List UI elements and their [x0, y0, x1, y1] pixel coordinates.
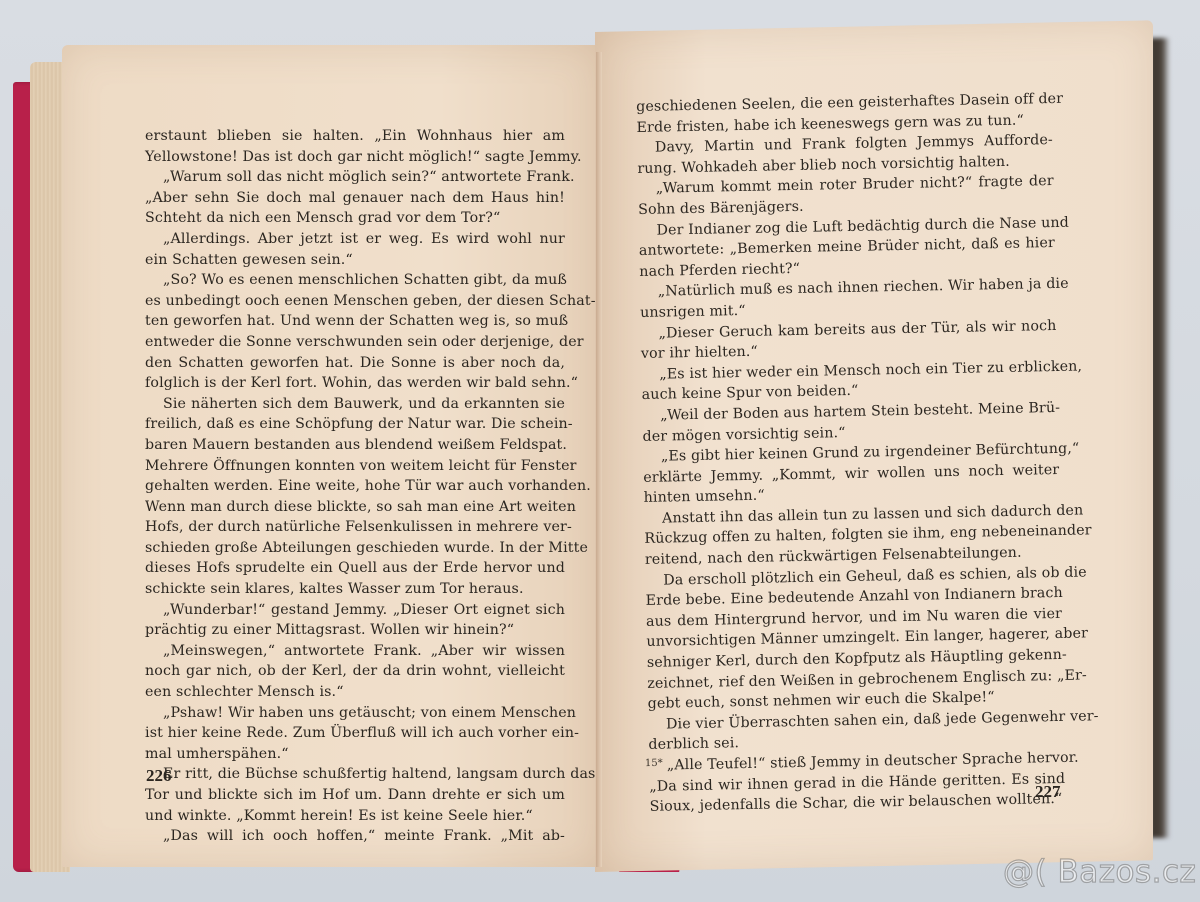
book-shadow — [1150, 38, 1170, 838]
text-line: „Das will ich ooch hoffen,“ meinte Frank… — [145, 826, 565, 847]
text-line: erstaunt blieben sie halten. „Ein Wohnha… — [145, 126, 565, 147]
text-line: „Warum soll das nicht möglich sein?“ ant… — [145, 167, 565, 188]
left-page-text: erstaunt blieben sie halten. „Ein Wohnha… — [145, 126, 565, 847]
text-line: Schteht da nich een Mensch grad vor dem … — [145, 208, 565, 229]
text-line: Er ritt, die Büchse schußfertig haltend,… — [145, 764, 565, 785]
text-line: ein Schatten gewesen sein.“ — [145, 250, 565, 271]
text-line: „Pshaw! Wir haben uns getäuscht; von ein… — [145, 703, 565, 724]
text-line: den Schatten geworfen hat. Die Sonne is … — [145, 353, 565, 374]
text-line: es unbedingt ooch eenen Menschen geben, … — [145, 291, 565, 312]
left-page-number: 226 — [146, 766, 172, 786]
text-line: een schlechter Mensch is.“ — [145, 682, 565, 703]
text-line: „Allerdings. Aber jetzt ist er weg. Es w… — [145, 229, 565, 250]
text-line: „Aber sehn Sie doch mal genauer nach dem… — [145, 188, 565, 209]
text-line: noch gar nich, ob der Kerl, der da drin … — [145, 661, 565, 682]
text-line: ten geworfen hat. Und wenn der Schatten … — [145, 311, 565, 332]
signature-mark: 15* — [645, 758, 663, 769]
text-line: Mehrere Öffnungen konnten von weitem lei… — [145, 456, 565, 477]
text-line: folglich is der Kerl fort. Wohin, das we… — [145, 373, 565, 394]
text-line: prächtig zu einer Mittagsrast. Wollen wi… — [145, 620, 565, 641]
text-line: entweder die Sonne verschwunden sein ode… — [145, 332, 565, 353]
text-line: gehalten werden. Eine weite, hohe Tür wa… — [145, 476, 565, 497]
right-page-text: geschiedenen Seelen, die een geisterhaft… — [636, 89, 1066, 818]
text-line: ist hier keine Rede. Zum Überfluß will i… — [145, 723, 565, 744]
text-line: Hofs, der durch natürliche Felsenkulisse… — [145, 517, 565, 538]
text-line: „Wunderbar!“ gestand Jemmy. „Dieser Ort … — [145, 600, 565, 621]
text-line: Sie näherten sich dem Bauwerk, und da er… — [145, 394, 565, 415]
text-line: mal umherspähen.“ — [145, 744, 565, 765]
text-line: freilich, daß es eine Schöpfung der Natu… — [145, 414, 565, 435]
watermark: @( Bazos.cz — [1003, 854, 1196, 890]
text-line: und winkte. „Kommt herein! Es ist keine … — [145, 806, 565, 827]
text-line: „Meinswegen,“ antwortete Frank. „Aber wi… — [145, 641, 565, 662]
text-line: Tor und blickte sich im Hof um. Dann dre… — [145, 785, 565, 806]
text-line: schickte sein klares, kaltes Wasser zum … — [145, 579, 565, 600]
text-line: schieden große Abteilungen geschieden wu… — [145, 538, 565, 559]
right-page-number: 227 — [1035, 782, 1061, 802]
book-gutter — [596, 52, 602, 867]
text-line: dieses Hofs sprudelte ein Quell aus der … — [145, 558, 565, 579]
text-line: baren Mauern bestanden aus blendend weiß… — [145, 435, 565, 456]
text-line: Wenn man durch diese blickte, so sah man… — [145, 497, 565, 518]
text-line: „So? Wo es eenen menschlichen Schatten g… — [145, 270, 565, 291]
text-line: Yellowstone! Das ist doch gar nicht mögl… — [145, 147, 565, 168]
